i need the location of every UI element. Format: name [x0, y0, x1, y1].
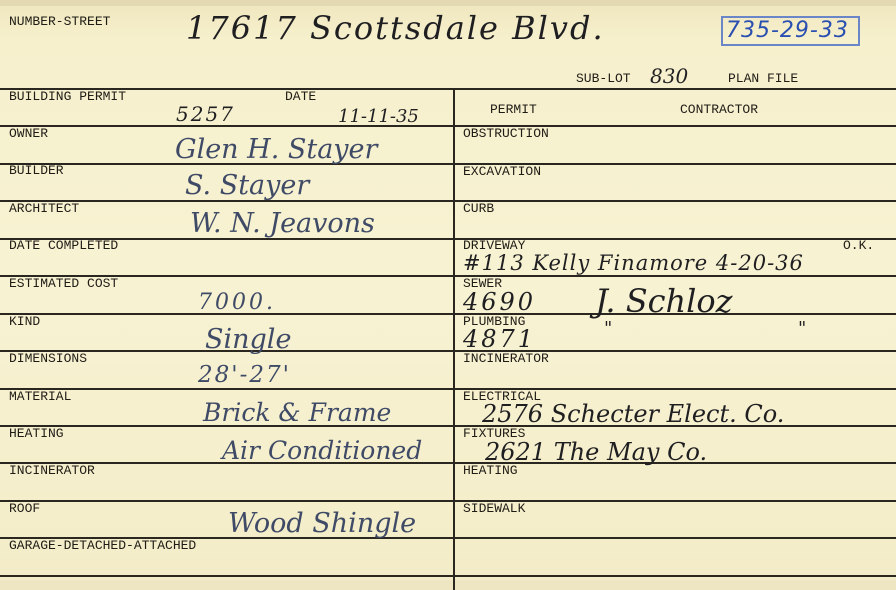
- roof-label: ROOF: [9, 502, 40, 516]
- divider: [0, 163, 896, 165]
- date-completed-label: DATE COMPLETED: [9, 239, 118, 253]
- driveway-ok-note: O.K.: [843, 239, 874, 253]
- garage-label: GARAGE-DETACHED-ATTACHED: [9, 539, 196, 553]
- heating-value: Air Conditioned: [222, 438, 422, 463]
- plumbing-permit-number: 4871: [463, 327, 536, 351]
- building-permit-value: 5257: [176, 104, 235, 124]
- incinerator-label: INCINERATOR: [9, 464, 95, 478]
- electrical-value: 2576 Schecter Elect. Co.: [482, 402, 784, 426]
- kind-label: KIND: [9, 315, 40, 329]
- divider: [0, 575, 896, 577]
- divider: [0, 350, 896, 352]
- architect-value: W. N. Jeavons: [190, 210, 375, 237]
- estimated-cost-value: 7000.: [198, 292, 276, 314]
- obstruction-label: OBSTRUCTION: [463, 127, 549, 141]
- owner-label: OWNER: [9, 127, 48, 141]
- plumbing-contractor-ditto: " ": [604, 320, 896, 338]
- dimensions-label: DIMENSIONS: [9, 352, 87, 366]
- material-value: Brick & Frame: [203, 400, 391, 425]
- sub-lot-value: 830: [650, 66, 688, 86]
- roof-value: Wood Shingle: [228, 510, 416, 537]
- sewer-contractor: J. Schloz: [595, 285, 733, 317]
- sidewalk-label: SIDEWALK: [463, 502, 525, 516]
- builder-value: S. Stayer: [185, 172, 309, 199]
- driveway-value: #113 Kelly Finamore 4-20-36: [463, 253, 804, 274]
- dimensions-value: 28'-27': [198, 364, 291, 387]
- divider: [0, 462, 896, 464]
- sewer-permit-number: 4690: [463, 290, 536, 314]
- incinerator-permit-label: INCINERATOR: [463, 352, 549, 366]
- date-label: DATE: [285, 90, 316, 104]
- owner-value: Glen H. Stayer: [175, 136, 377, 163]
- building-permit-label: BUILDING PERMIT: [9, 90, 126, 104]
- divider: [0, 125, 896, 127]
- divider: [0, 200, 896, 202]
- divider: [0, 88, 896, 90]
- plan-file-label: PLAN FILE: [728, 72, 798, 86]
- divider: [0, 500, 896, 502]
- permit-column-header: PERMIT: [490, 103, 537, 117]
- architect-label: ARCHITECT: [9, 202, 79, 216]
- card-top-edge: [0, 0, 896, 6]
- record-number-stamp: 735-29-33: [721, 16, 860, 46]
- heating-permit-label: HEATING: [463, 464, 518, 478]
- sub-lot-label: SUB-LOT: [576, 72, 631, 86]
- divider: [0, 275, 896, 277]
- estimated-cost-label: ESTIMATED COST: [9, 277, 118, 291]
- number-street-label: NUMBER-STREET: [9, 15, 110, 29]
- date-value: 11-11-35: [338, 108, 419, 126]
- kind-value: Single: [205, 326, 291, 353]
- divider: [0, 388, 896, 390]
- heating-label: HEATING: [9, 427, 64, 441]
- material-label: MATERIAL: [9, 390, 71, 404]
- divider: [0, 313, 896, 315]
- fixtures-value: 2621 The May Co.: [485, 440, 707, 464]
- permit-card: NUMBER-STREET 17617 Scottsdale Blvd. 735…: [0, 0, 896, 590]
- curb-label: CURB: [463, 202, 494, 216]
- address-value: 17617 Scottsdale Blvd.: [186, 12, 605, 44]
- contractor-column-header: CONTRACTOR: [680, 103, 758, 117]
- excavation-label: EXCAVATION: [463, 165, 541, 179]
- divider: [0, 238, 896, 240]
- card-bottom-edge: [0, 580, 896, 590]
- builder-label: BUILDER: [9, 164, 64, 178]
